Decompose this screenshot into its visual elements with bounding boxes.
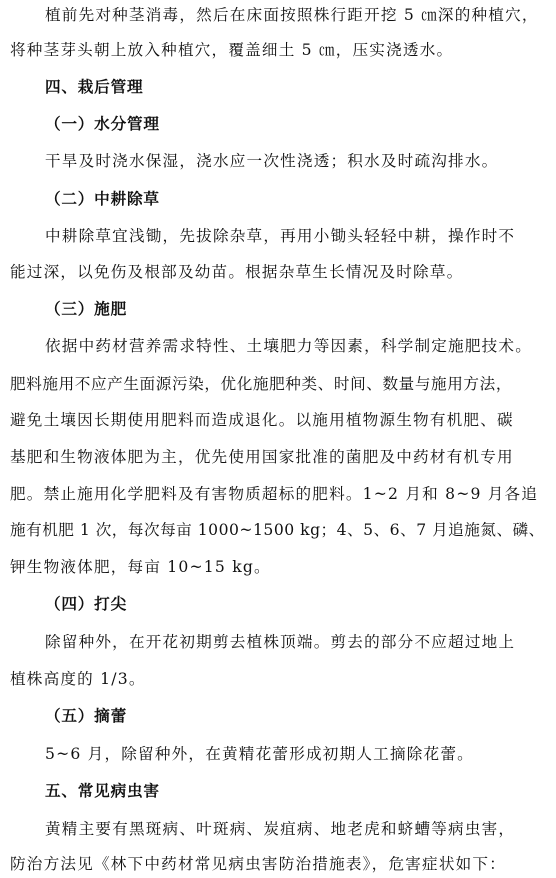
subheading-fertilizing: （三）施肥 <box>45 291 550 328</box>
paragraph-line: 植株高度的 1/3。 <box>10 661 550 698</box>
paragraph-line: 肥。禁止施用化学肥料及有害物质超标的肥料。1~2 月和 8~9 月各追 <box>10 476 550 513</box>
paragraph-line: 除留种外，在开花初期剪去植株顶端。剪去的部分不应超过地上 <box>45 624 550 661</box>
document-page: 植前先对种茎消毒，然后在床面按照株行距开挖 5 ㎝深的种植穴， 将种茎芽头朝上放… <box>0 0 556 878</box>
paragraph-line: 能过深，以免伤及根部及幼苗。根据杂草生长情况及时除草。 <box>10 254 550 291</box>
paragraph-line: 黄精主要有黑斑病、叶斑病、炭疽病、地老虎和蛴螬等病虫害， <box>45 811 550 848</box>
paragraph-line: 基肥和生物液体肥为主，优先使用国家批准的菌肥及中药材有机专用 <box>10 439 550 476</box>
paragraph-line: 植前先对种茎消毒，然后在床面按照株行距开挖 5 ㎝深的种植穴， <box>45 0 550 34</box>
paragraph-line: 中耕除草宜浅锄，先拔除杂草，再用小锄头轻轻中耕，操作时不 <box>45 218 550 255</box>
paragraph-line: 避免土壤因长期使用肥料而造成退化。以施用植物源生物有机肥、碳 <box>10 402 550 439</box>
section-heading-4: 四、栽后管理 <box>45 69 550 106</box>
paragraph-line: 施有机肥 1 次，每次每亩 1000~1500 kg；4、5、6、7 月追施氮、… <box>10 512 550 549</box>
section-heading-5: 五、常见病虫害 <box>45 773 550 810</box>
subheading-water-management: （一）水分管理 <box>45 106 550 143</box>
subheading-weeding: （二）中耕除草 <box>45 181 550 218</box>
paragraph-line: 将种茎芽头朝上放入种植穴，覆盖细土 5 ㎝，压实浇透水。 <box>10 32 550 69</box>
subheading-topping: （四）打尖 <box>45 586 550 623</box>
paragraph-line: 钾生物液体肥，每亩 10~15 kg。 <box>10 549 550 586</box>
paragraph-line: 5~6 月，除留种外，在黄精花蕾形成初期人工摘除花蕾。 <box>45 736 550 773</box>
paragraph-line: 防治方法见《林下中药材常见病虫害防治措施表》，危害症状如下： <box>10 846 550 878</box>
paragraph-line: 依据中药材营养需求特性、土壤肥力等因素，科学制定施肥技术。 <box>45 328 550 365</box>
subheading-bud-removal: （五）摘蕾 <box>45 698 550 735</box>
paragraph-line: 干旱及时浇水保湿，浇水应一次性浇透；积水及时疏沟排水。 <box>45 143 550 180</box>
paragraph-line: 肥料施用不应产生面源污染，优化施肥种类、时间、数量与施用方法， <box>10 366 550 403</box>
